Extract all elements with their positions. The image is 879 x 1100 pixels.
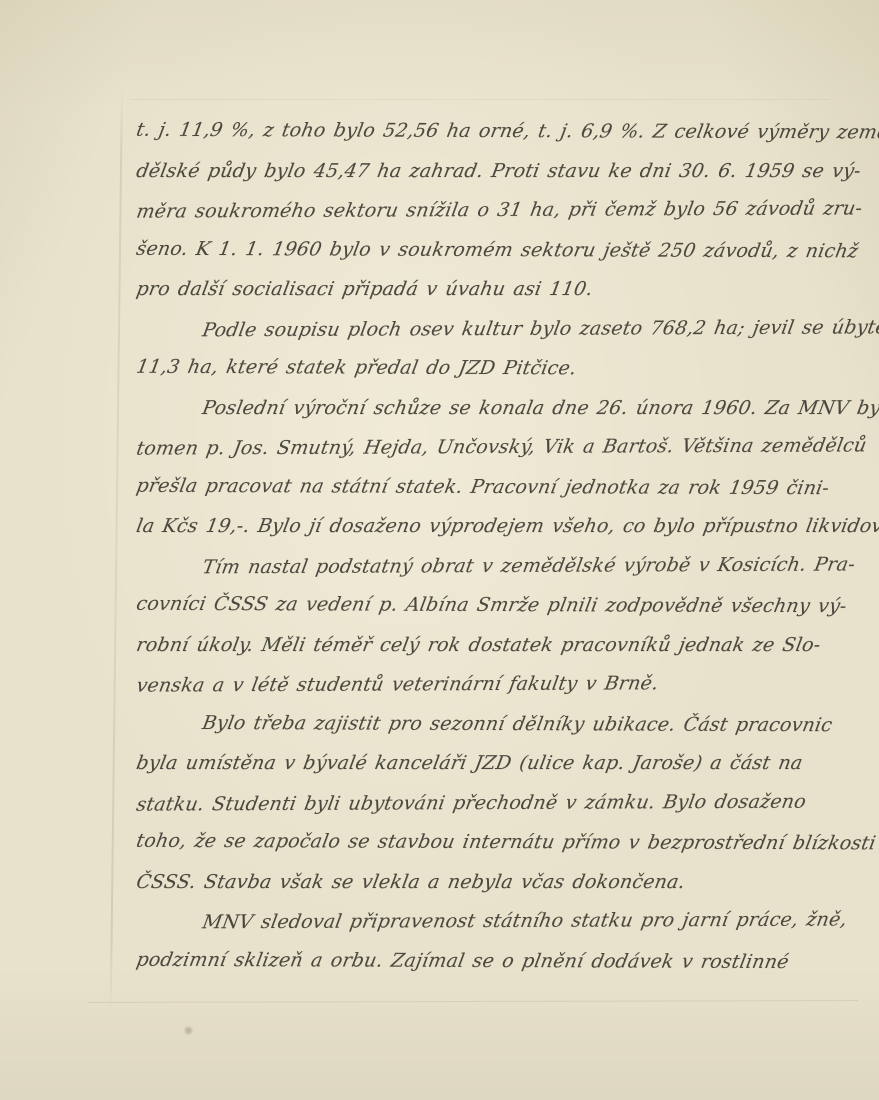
handwritten-text: 11,3 ha, které statek předal do JZD Pitč… [133,348,580,389]
handwritten-line: 11,3 ha, které statek předal do JZD Pitč… [133,348,855,390]
handwritten-line: Tím nastal podstatný obrat v zemědělské … [133,545,855,588]
handwritten-text-block: t. j. 11,9 %, z toho bylo 52,56 ha orné,… [133,112,855,981]
handwritten-text: statku. Studenti byli ubytováni přechodn… [133,782,809,824]
handwritten-line: měra soukromého sektoru snížila o 31 ha,… [133,189,855,232]
handwritten-line: podzimní sklizeň a orbu. Zajímal se o pl… [133,940,855,982]
handwritten-line: pro další socialisaci připadá v úvahu as… [133,270,855,310]
handwritten-line: venska a v létě studentů veterinární fak… [133,663,855,706]
handwritten-line: ČSSS. Stavba však se vlekla a nebyla vča… [133,863,855,903]
handwritten-text: tomen p. Jos. Smutný, Hejda, Unčovský, V… [133,426,870,469]
handwritten-line: robní úkoly. Měli téměř celý rok dostate… [133,626,855,666]
handwritten-text: měra soukromého sektoru snížila o 31 ha,… [133,189,865,232]
handwritten-line: přešla pracovat na státní statek. Pracov… [133,466,855,508]
handwritten-text: Podle soupisu ploch osev kultur bylo zas… [199,308,879,351]
handwritten-text: robní úkoly. Měli téměř celý rok dostate… [133,626,824,666]
handwritten-text: t. j. 11,9 %, z toho bylo 52,56 ha orné,… [133,111,879,153]
handwritten-text: la Kčs 19,-. Bylo jí dosaženo výprodejem… [133,507,879,547]
handwritten-text: venska a v létě studentů veterinární fak… [133,664,662,706]
handwritten-line: la Kčs 19,-. Bylo jí dosaženo výprodejem… [133,507,855,547]
handwritten-line: šeno. K 1. 1. 1960 bylo v soukromém sekt… [133,229,855,271]
handwritten-line: Podle soupisu ploch osev kultur bylo zas… [133,308,855,351]
handwritten-line: Bylo třeba zajistit pro sezonní dělníky … [133,703,855,745]
paper-crease [130,99,830,100]
ink-blot [185,1027,192,1034]
handwritten-text: byla umístěna v bývalé kanceláři JZD (ul… [133,744,806,784]
handwritten-text: Bylo třeba zajistit pro sezonní dělníky … [199,703,836,745]
handwritten-text: přešla pracovat na státní statek. Pracov… [133,466,833,508]
handwritten-line: dělské půdy bylo 45,47 ha zahrad. Proti … [133,152,855,192]
handwritten-text: pro další socialisaci připadá v úvahu as… [133,270,596,310]
handwritten-line: t. j. 11,9 %, z toho bylo 52,56 ha orné,… [133,111,855,153]
handwritten-text: dělské půdy bylo 45,47 ha zahrad. Proti … [133,152,864,192]
handwritten-line: byla umístěna v bývalé kanceláři JZD (ul… [133,744,855,784]
handwritten-text: MNV sledoval připravenost státního statk… [199,900,850,942]
handwritten-text: ČSSS. Stavba však se vlekla a nebyla vča… [133,863,688,903]
handwritten-line: tomen p. Jos. Smutný, Hejda, Unčovský, V… [133,426,855,469]
handwritten-text: toho, že se započalo se stavbou internát… [133,822,879,864]
handwritten-line: MNV sledoval připravenost státního statk… [133,900,855,943]
handwritten-text: Tím nastal podstatný obrat v zemědělské … [199,545,858,587]
handwritten-line: Poslední výroční schůze se konala dne 26… [133,389,855,429]
handwritten-line: statku. Studenti byli ubytováni přechodn… [133,782,855,825]
handwritten-text: covníci ČSSS za vedení p. Albína Smrže p… [133,585,850,627]
handwritten-text: Poslední výroční schůze se konala dne 26… [199,389,879,429]
scanned-chronicle-page: { "page": { "kind": "handwritten chronic… [0,0,879,1100]
handwritten-text: šeno. K 1. 1. 1960 bylo v soukromém sekt… [133,229,862,271]
handwritten-text: podzimní sklizeň a orbu. Zajímal se o pl… [133,940,792,982]
handwritten-line: covníci ČSSS za vedení p. Albína Smrže p… [133,585,855,627]
handwritten-line: toho, že se započalo se stavbou internát… [133,822,855,864]
